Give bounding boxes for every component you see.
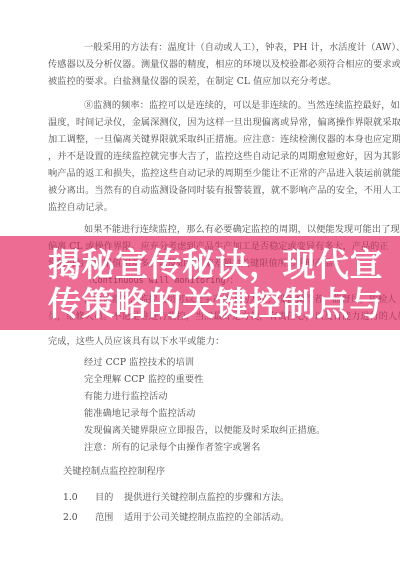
headline-line-2: 传策略的关键控制点与	[48, 285, 383, 323]
procedure-item-label: 范围	[95, 512, 113, 523]
headline-banner: 偏离 CL 或操作界限。应充分考虑到产品生产加工是否稳定或变异有多大，产品的正 …	[0, 236, 400, 330]
paragraph-1-line-2: 传感器以及分析仪器。测量仪器的精度，相应的环境以及校验都必须符合相应的要求或	[48, 59, 400, 70]
paragraph-2-line-7: 监控自动记录。	[48, 202, 113, 213]
requirement-item: 经过 CCP 监控技术的培训	[84, 357, 194, 368]
headline-line-1: 揭秘宣传秘诀，现代宣	[48, 246, 383, 284]
paragraph-2-line-3: 加工调整，一旦偏离关键界限就采取纠正措施。应注意：连续检测仪器的本身也应定期查	[48, 134, 400, 145]
requirement-item: 完全理解 CCP 监控的重要性	[84, 374, 203, 385]
paragraph-2-line-4: ，并不是设置的连续监控就完事大吉了，监控这些自动记录的周期愈短愈好，因为其影	[48, 151, 400, 162]
paragraph-2-line-6: 被分离出。当然有的自动监测设备同时装有报警装置，就不影响产品的安全，不用人工	[48, 185, 400, 196]
requirement-item: 发现偏离关键界限应立即报告，以便能及时采取纠正措施。	[84, 425, 325, 436]
document-page: 一般采用的方法有：温度计（自动或人工），钟表，PH 计，水活度计（AW）、盐量计…	[0, 0, 400, 566]
paragraph-2-line-5: 响产品的返工和损失，监控这些自动记录的周期至少能让不正常的产品进入装运前就能	[48, 168, 400, 179]
paragraph-3-line-1: 如果不能进行连续监控，那么有必要确定监控的周期，以便能发现可能出了现的	[84, 224, 400, 235]
procedure-item-number: 2.0	[63, 512, 78, 523]
procedure-item-label: 目的	[95, 492, 113, 503]
requirement-item: 有能力进行监控活动	[84, 391, 168, 402]
paragraph-2-line-2: 温度，时间记录仪，金属深测仪，因为这样一旦出现偏离或异常，偏离操作界限就采取	[48, 117, 400, 128]
paragraph-1-line-1: 一般采用的方法有：温度计（自动或人工），钟表，PH 计，水活度计（AW）、盐量计…	[84, 42, 400, 53]
requirement-item: 能准确地记录每个监控活动	[84, 408, 195, 419]
procedure-item-number: 1.0	[63, 492, 78, 503]
procedure-title: 关键控制点监控控制程序	[63, 466, 165, 477]
paragraph-3-line-7: 完成，这些人员应该具有以下水平或能力：	[48, 336, 224, 347]
procedure-item-text: 适用于公司关键控制点监控的全部活动。	[124, 512, 289, 523]
requirement-item: 注意：所有的记录每个由操作者签字或署名	[84, 442, 260, 453]
procedure-item-text: 提供进行关键控制点监控的步骤和方法。	[124, 492, 289, 503]
paragraph-1-line-3: 被监控的要求。白盐测量仪器的误差，在制定 CL 值应加以充分考虑。	[48, 76, 337, 87]
paragraph-2-line-1: ⑧监测的频率：监控可以是连续的，可以是非连续的。当然连续监控最好，如自	[84, 100, 400, 111]
